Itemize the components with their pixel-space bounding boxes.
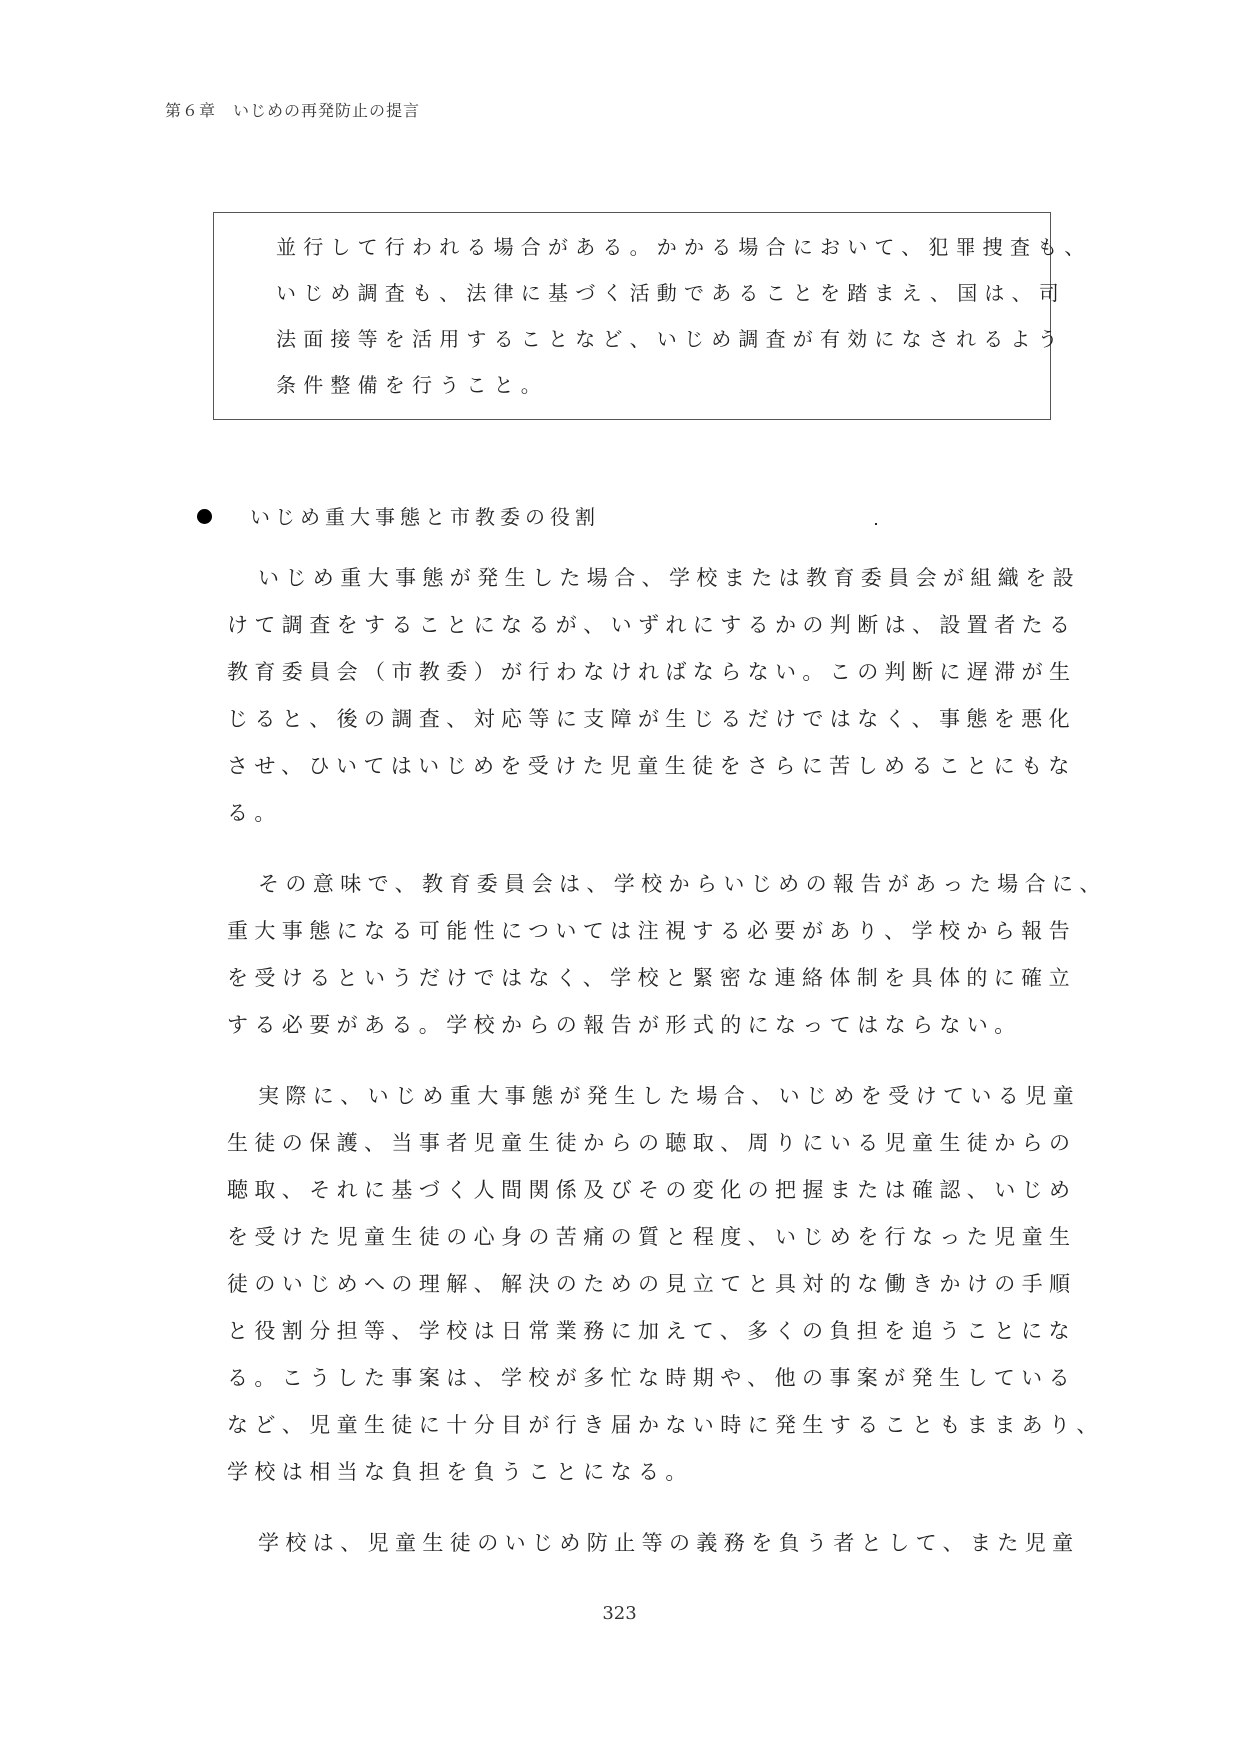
boxed-line: 条件整備を行うこと。 <box>276 369 548 398</box>
paragraph-line: いじめ重大事態が発生した場合、学校または教育委員会が組織を設 <box>258 562 1080 592</box>
boxed-line: 並行して行われる場合がある。かかる場合において、犯罪捜査も、 <box>276 231 1092 260</box>
paragraph-line: 実際に、いじめ重大事態が発生した場合、いじめを受けている児童 <box>258 1080 1080 1110</box>
bullet-icon <box>197 509 212 524</box>
paragraph-line: その意味で、教育委員会は、学校からいじめの報告があった場合に、 <box>258 868 1107 898</box>
section-heading: いじめ重大事態と市教委の役割 <box>197 501 600 530</box>
paragraph-line: 学校は、児童生徒のいじめ防止等の義務を負う者として、また児童 <box>258 1527 1080 1557</box>
paragraph-line: と役割分担等、学校は日常業務に加えて、多くの負担を追うことにな <box>227 1315 1076 1345</box>
page-number: 323 <box>0 1603 1239 1624</box>
paragraph-line: 聴取、それに基づく人間関係及びその変化の把握または確認、いじめ <box>227 1174 1076 1204</box>
section-heading-text: いじめ重大事態と市教委の役割 <box>250 505 600 529</box>
paragraph-line: 生徒の保護、当事者児童生徒からの聴取、周りにいる児童生徒からの <box>227 1127 1076 1157</box>
paragraph-line: じると、後の調査、対応等に支障が生じるだけではなく、事態を悪化 <box>227 703 1076 733</box>
paragraph-line: させ、ひいてはいじめを受けた児童生徒をさらに苦しめることにもな <box>227 750 1076 780</box>
paragraph-line: を受けた児童生徒の心身の苦痛の質と程度、いじめを行なった児童生 <box>227 1221 1076 1251</box>
running-header: 第６章 いじめの再発防止の提言 <box>165 98 420 121</box>
boxed-line: 法面接等を活用することなど、いじめ調査が有効になされるよう <box>276 323 1065 352</box>
boxed-line: いじめ調査も、法律に基づく活動であることを踏まえ、国は、司 <box>276 277 1066 306</box>
paragraph-line: する必要がある。学校からの報告が形式的になってはならない。 <box>227 1009 1022 1039</box>
paragraph-line: 徒のいじめへの理解、解決のための見立てと具対的な働きかけの手順 <box>227 1268 1076 1298</box>
paragraph-line: 教育委員会（市教委）が行わなければならない。この判断に遅滞が生 <box>227 656 1076 686</box>
boxed-recommendation: 並行して行われる場合がある。かかる場合において、犯罪捜査も、 いじめ調査も、法律… <box>213 212 1051 420</box>
paragraph-line: など、児童生徒に十分目が行き届かない時に発生することもままあり、 <box>227 1409 1104 1439</box>
scan-artifact <box>875 523 877 525</box>
paragraph-line: 重大事態になる可能性については注視する必要があり、学校から報告 <box>227 915 1076 945</box>
paragraph-line: 学校は相当な負担を負うことになる。 <box>227 1456 693 1486</box>
paragraph-line: る。こうした事案は、学校が多忙な時期や、他の事案が発生している <box>227 1362 1076 1392</box>
paragraph-line: を受けるというだけではなく、学校と緊密な連絡体制を具体的に確立 <box>227 962 1076 992</box>
paragraph-line: けて調査をすることになるが、いずれにするかの判断は、設置者たる <box>227 609 1076 639</box>
paragraph-line: る。 <box>227 797 282 827</box>
